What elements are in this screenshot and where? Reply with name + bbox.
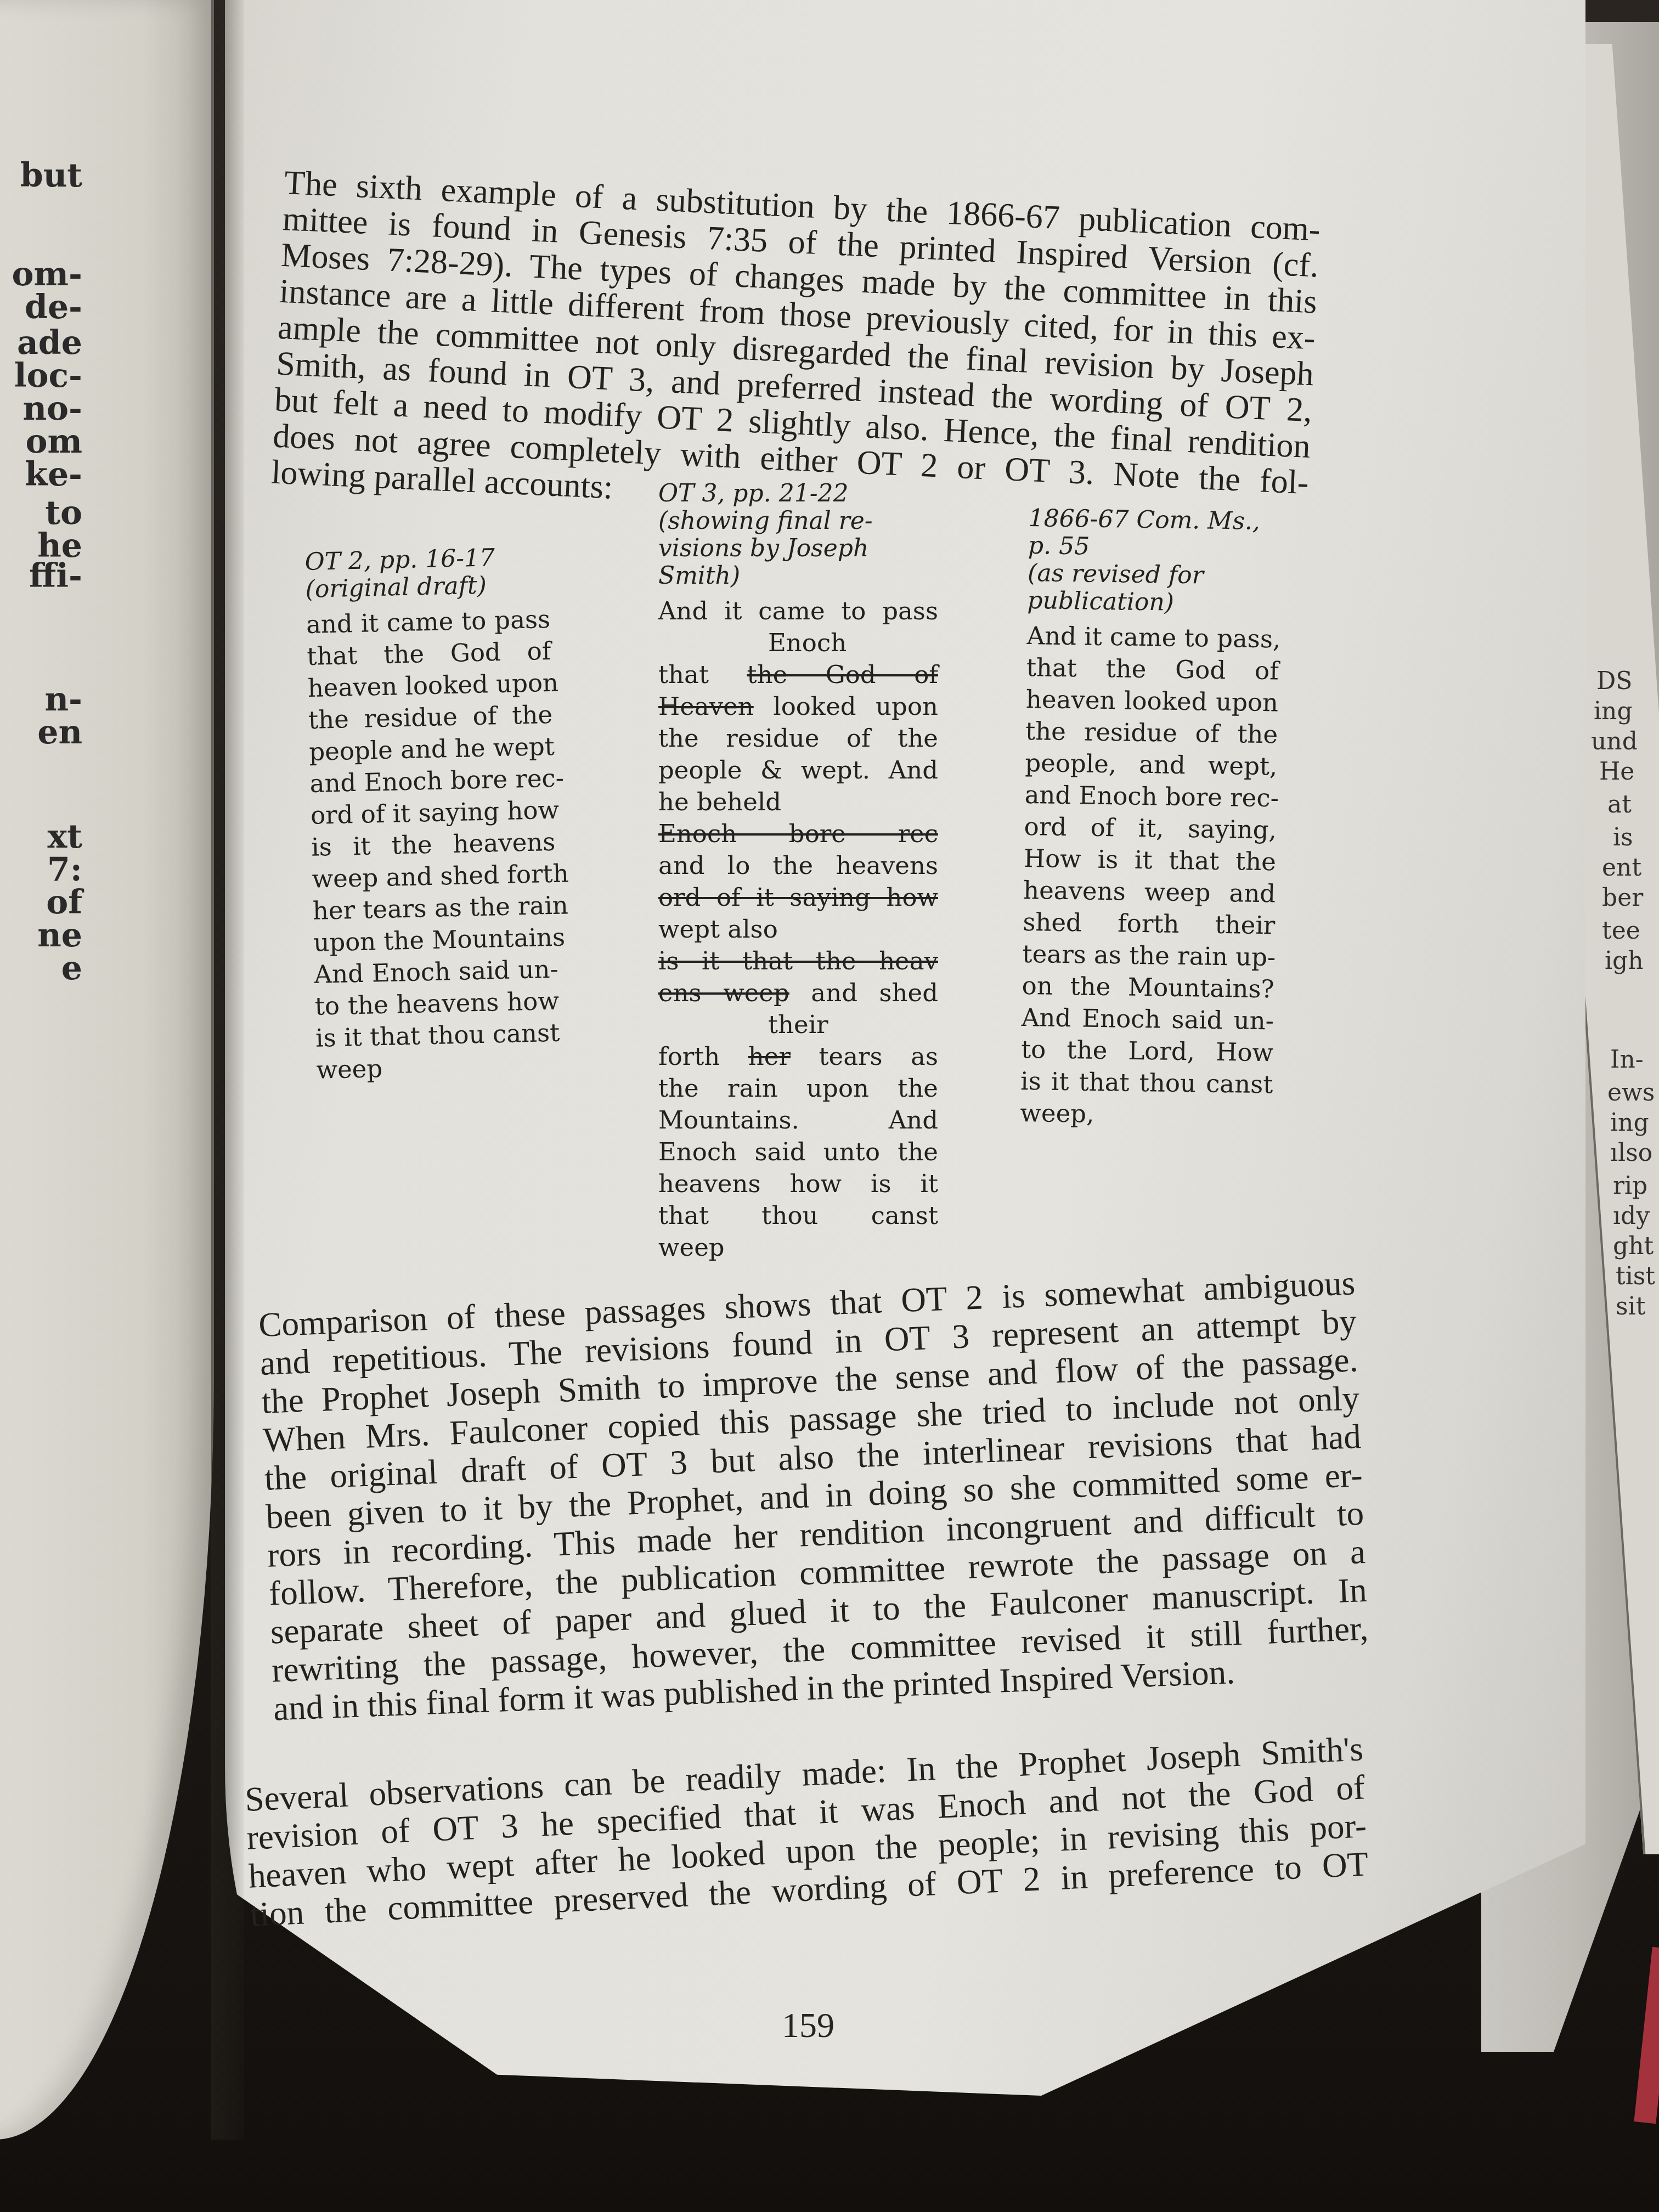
column-line: heaven looked upon <box>1026 684 1279 719</box>
column-line: that thou canst <box>658 1200 938 1232</box>
column-line: that the God of <box>658 659 938 691</box>
column-line: is it the heavens <box>311 826 556 864</box>
column-line: weep <box>658 1232 938 1263</box>
column-line: he beheld <box>658 786 938 818</box>
column-heading-line: 1866-67 Com. Ms., <box>1028 505 1281 535</box>
column-line: forth her tears as <box>658 1041 938 1073</box>
column-line: people and he wept <box>309 731 554 768</box>
column-1866-67-committee-manuscript: 1866-67 Com. Ms.,p. 55(as revised forpub… <box>1020 505 1281 1132</box>
column-heading-line: OT 3, pp. 21-22 <box>658 480 938 507</box>
right-page-fragment: tist <box>1616 1265 1655 1289</box>
column-line: her tears as the rain <box>312 890 557 927</box>
text-segment: looked upon <box>754 692 938 721</box>
column-line: that the God of <box>1026 652 1279 687</box>
column-heading-line: (as revised for <box>1028 560 1280 590</box>
column-line: weep, <box>1020 1097 1273 1132</box>
text-segment: that thou canst <box>658 1201 938 1230</box>
column-heading-line: publication) <box>1027 587 1280 618</box>
column-line: people & wept. And <box>658 754 938 786</box>
text-segment: forth <box>658 1042 748 1071</box>
right-page-fragment: sit <box>1616 1295 1645 1319</box>
text-segment: that <box>658 660 747 689</box>
text-segment: people & wept. And <box>658 755 938 785</box>
column-line: is it that the heav <box>658 945 938 977</box>
right-page-fragment: DS <box>1596 669 1632 693</box>
comparison-paragraph: Comparison of these passages shows that … <box>258 1263 1370 1728</box>
left-page-fragment: 7: <box>47 853 82 886</box>
right-page-fragment: ews <box>1607 1081 1655 1105</box>
left-page-fragment: n- <box>44 683 82 716</box>
book-photo: butom-de-adeloc-no-omke-toheffi-n-enxt7:… <box>0 0 1659 2212</box>
right-page-fragment: rip <box>1613 1174 1647 1198</box>
left-page-fragment: loc- <box>14 359 82 392</box>
struck-text: her <box>748 1042 791 1071</box>
column-heading-line: (original draft) <box>305 571 550 603</box>
column-line: And it came to pass, <box>1026 620 1279 655</box>
column-line: ord of it saying how <box>658 882 938 913</box>
left-page-fragment: of <box>46 886 82 919</box>
column-line: on the Mountains? <box>1022 970 1274 1005</box>
right-page-fragment: tee <box>1602 919 1640 943</box>
text-segment: the residue of the <box>658 724 938 753</box>
column-line: ord of it, saying, <box>1024 811 1277 846</box>
column-line: is it that thou canst <box>1020 1065 1273 1101</box>
right-page-fragment: at <box>1607 793 1632 817</box>
column-line: wept also <box>658 913 938 945</box>
left-page-fragment: to <box>45 496 82 529</box>
right-page-fragment: ılso <box>1610 1141 1652 1165</box>
left-page-fragment: ffi- <box>29 560 82 592</box>
left-page-fragment: om- <box>12 258 82 291</box>
struck-text: is it that the heav <box>658 946 938 975</box>
struck-text: the God of <box>747 660 938 689</box>
column-line: Enoch <box>658 627 938 659</box>
book-gutter <box>211 0 244 2140</box>
left-page-fragment: no- <box>22 392 82 425</box>
column-line: their <box>658 1009 938 1041</box>
column-line: and Enoch bore rec- <box>309 763 554 800</box>
column-line: And it came to pass <box>658 595 938 627</box>
column-line: weep and shed forth <box>312 858 556 895</box>
column-line: And Enoch said un- <box>1022 1002 1274 1037</box>
column-line: to the Lord, How <box>1021 1034 1274 1069</box>
column-line: shed forth their <box>1023 906 1276 941</box>
struck-text: ord of it saying how <box>658 883 938 912</box>
interlinear-insertion: their <box>768 1010 828 1039</box>
column-line: Heaven looked upon <box>658 691 938 723</box>
text-segment: the rain upon the <box>658 1074 938 1103</box>
column-heading-line: (showing final re- <box>658 507 938 535</box>
right-page-fragment: ing <box>1610 1111 1649 1135</box>
column-line: ens weep and shed <box>658 977 938 1009</box>
text-segment: wept also <box>658 915 778 944</box>
column-heading-line: visions by Joseph <box>658 535 938 562</box>
text-segment: Mountains. And <box>658 1105 938 1135</box>
right-page-fragment: igh <box>1605 949 1644 973</box>
column-line: and it came to pass <box>306 603 550 641</box>
text-segment: And it came to pass <box>658 596 938 625</box>
right-page-fragment: und <box>1591 730 1638 754</box>
column-line: is it that thou canst <box>315 1017 560 1054</box>
column-line: Enoch bore rec <box>658 818 938 850</box>
column-line: that the God of <box>307 635 551 673</box>
column-heading: OT 2, pp. 16-17(original draft) <box>304 543 550 603</box>
left-page-fragment: xt <box>48 820 83 853</box>
column-line: How is it that the <box>1024 843 1277 878</box>
right-page-fragment: ght <box>1613 1234 1654 1259</box>
right-page-fragment: ber <box>1602 886 1643 910</box>
column-line: And Enoch said un- <box>314 953 558 991</box>
struck-text: Enoch bore rec <box>658 819 938 848</box>
left-page-fragment: om <box>25 425 82 458</box>
column-ot3-final-revisions: OT 3, pp. 21-22(showing final re-visions… <box>658 480 938 1263</box>
column-heading: 1866-67 Com. Ms.,p. 55(as revised forpub… <box>1027 505 1281 618</box>
column-line: to the heavens how <box>314 985 559 1023</box>
column-line: weep <box>316 1049 561 1086</box>
text-segment: tears as <box>791 1042 938 1071</box>
left-page-fragment: de- <box>25 291 82 324</box>
column-line: the residue of the <box>1025 715 1278 751</box>
column-line: Enoch said unto the <box>658 1136 938 1168</box>
left-page-fragment: e <box>61 952 82 985</box>
column-line: Mountains. And <box>658 1104 938 1136</box>
left-page-fragment: ne <box>37 919 82 952</box>
right-page-fragment: He <box>1599 760 1634 784</box>
column-line: upon the Mountains <box>313 922 558 959</box>
left-page-fragment: ade <box>17 326 82 359</box>
column-heading-line: Smith) <box>658 562 938 590</box>
page-number: 159 <box>782 2005 834 2046</box>
right-page-fragment: ing <box>1594 699 1633 724</box>
column-line: heavens how is it <box>658 1168 938 1200</box>
text-segment: and lo the heavens <box>658 851 938 880</box>
column-line: the residue of the <box>308 699 552 736</box>
struck-text: ens weep <box>658 978 789 1007</box>
right-page-fragment: ıdy <box>1613 1204 1650 1228</box>
text-segment: and shed <box>789 978 938 1007</box>
struck-text: Heaven <box>658 692 754 721</box>
text-segment: heavens how is it <box>658 1169 938 1198</box>
column-ot2-original-draft: OT 2, pp. 16-17(original draft)and it ca… <box>304 543 561 1086</box>
left-page: butom-de-adeloc-no-omke-toheffi-n-enxt7:… <box>0 0 214 2140</box>
column-heading-line: p. 55 <box>1028 532 1281 563</box>
column-line: heaven looked upon <box>307 667 552 704</box>
column-heading: OT 3, pp. 21-22(showing final re-visions… <box>658 480 938 590</box>
column-line: and lo the heavens <box>658 850 938 882</box>
column-line: and Enoch bore rec- <box>1024 779 1277 814</box>
column-line: the residue of the <box>658 723 938 754</box>
column-line: heavens weep and <box>1023 874 1276 910</box>
column-line: people, and wept, <box>1025 747 1278 782</box>
left-page-fragment: but <box>20 159 82 192</box>
left-page-fragment: ke- <box>25 458 82 491</box>
right-page-fragment: ent <box>1602 856 1641 880</box>
column-line: tears as the rain up- <box>1022 938 1275 973</box>
left-page-fragment: en <box>37 716 82 749</box>
text-segment: Enoch said unto the <box>658 1137 938 1166</box>
text-segment: weep <box>658 1233 725 1262</box>
column-line: the rain upon the <box>658 1073 938 1104</box>
text-segment: he beheld <box>658 787 781 816</box>
column-line: ord of it saying how <box>310 794 555 832</box>
bookmark-ribbon <box>1634 1947 1659 2124</box>
right-page-fragment: is <box>1613 826 1633 850</box>
interlinear-insertion: Enoch <box>768 628 847 657</box>
right-page-fragment: In- <box>1610 1048 1644 1072</box>
